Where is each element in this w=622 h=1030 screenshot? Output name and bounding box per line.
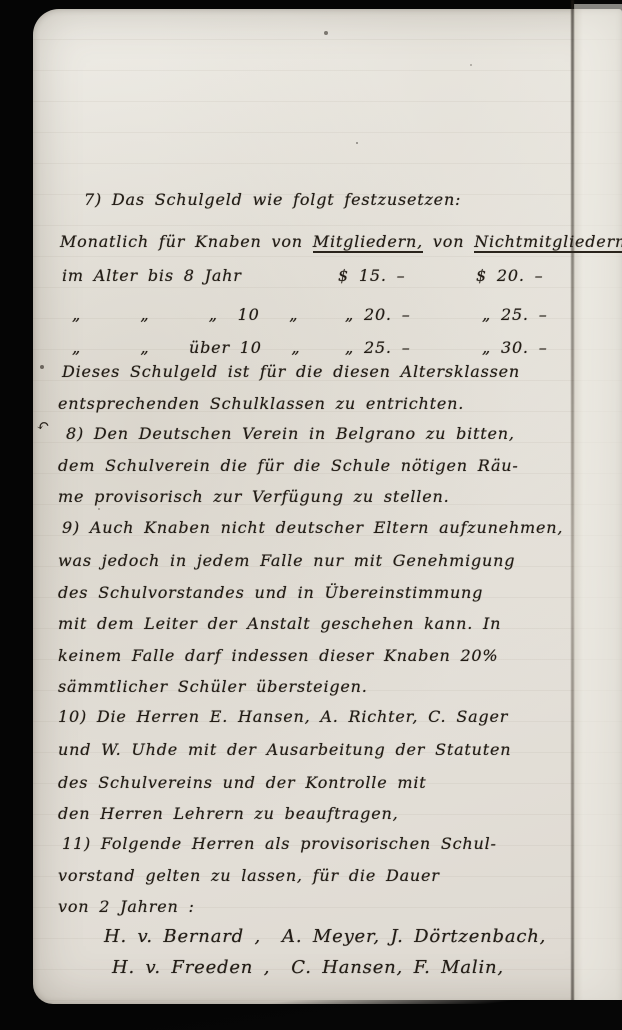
handwritten-line: Monatlich für Knaben von Mitgliedern, vo… bbox=[60, 232, 622, 251]
text-segment: „ „ „ 10 „ bbox=[72, 305, 298, 324]
handwritten-line: von 2 Jahren : bbox=[58, 897, 195, 916]
handwritten-line: „ „ über 10 „„ 25. –„ 30. – bbox=[72, 338, 301, 357]
text-segment: mit dem Leiter der Anstalt geschehen kan… bbox=[58, 614, 501, 633]
text-segment: des Schulvorstandes und in Übereinstimmu… bbox=[58, 583, 483, 602]
text-segment: vorstand gelten zu lassen, für die Dauer bbox=[58, 866, 440, 885]
text-segment: entsprechenden Schulklassen zu entrichte… bbox=[58, 394, 464, 413]
manuscript-text-block: 7) Das Schulgeld wie folgt festzusetzen:… bbox=[0, 0, 622, 1030]
handwritten-line: me provisorisch zur Verfügung zu stellen… bbox=[58, 487, 449, 506]
underlined-text-segment: Nichtmitgliedern bbox=[474, 232, 622, 253]
text-segment: $ 20. – bbox=[476, 266, 543, 285]
text-segment: „ „ über 10 „ bbox=[72, 338, 301, 357]
handwritten-line: sämmtlicher Schüler übersteigen. bbox=[58, 677, 368, 696]
text-segment: Monatlich für Knaben von bbox=[60, 232, 313, 251]
handwritten-line: H. v. Freeden , C. Hansen, F. Malin, bbox=[112, 957, 504, 978]
text-segment: me provisorisch zur Verfügung zu stellen… bbox=[58, 487, 449, 506]
text-segment: „ 20. – bbox=[345, 305, 411, 324]
text-segment: sämmtlicher Schüler übersteigen. bbox=[58, 677, 368, 696]
handwritten-line: 7) Das Schulgeld wie folgt festzusetzen: bbox=[84, 190, 461, 209]
handwritten-line: 11) Folgende Herren als provisorischen S… bbox=[62, 834, 497, 853]
text-segment: 7) Das Schulgeld wie folgt festzusetzen: bbox=[84, 190, 461, 209]
handwritten-line: mit dem Leiter der Anstalt geschehen kan… bbox=[58, 614, 501, 633]
text-segment: 8) Den Deutschen Verein in Belgrano zu b… bbox=[66, 424, 515, 443]
handwritten-line: keinem Falle darf indessen dieser Knaben… bbox=[58, 646, 498, 665]
text-segment: 11) Folgende Herren als provisorischen S… bbox=[62, 834, 497, 853]
underlined-text-segment: Mitgliedern, bbox=[313, 232, 423, 253]
handwritten-line: 9) Auch Knaben nicht deutscher Eltern au… bbox=[62, 518, 563, 537]
text-segment: „ 25. – bbox=[345, 338, 411, 357]
text-segment: den Herren Lehrern zu beauftragen, bbox=[58, 804, 398, 823]
text-segment: im Alter bis 8 Jahr bbox=[62, 266, 242, 285]
handwritten-line: vorstand gelten zu lassen, für die Dauer bbox=[58, 866, 440, 885]
handwritten-line: Dieses Schulgeld ist für die diesen Alte… bbox=[62, 362, 520, 381]
text-segment: des Schulvereins und der Kontrolle mit bbox=[58, 773, 426, 792]
text-segment: „ 25. – bbox=[482, 305, 548, 324]
text-segment: was jedoch in jedem Falle nur mit Genehm… bbox=[58, 551, 515, 570]
handwritten-line: des Schulvereins und der Kontrolle mit bbox=[58, 773, 426, 792]
text-segment: 9) Auch Knaben nicht deutscher Eltern au… bbox=[62, 518, 563, 537]
handwritten-line: 8) Den Deutschen Verein in Belgrano zu b… bbox=[66, 424, 515, 443]
paper-bottom-edge bbox=[0, 1000, 622, 1030]
handwritten-line: dem Schulverein die für die Schule nötig… bbox=[58, 456, 519, 475]
handwritten-line: „ „ „ 10 „„ 20. –„ 25. – bbox=[72, 305, 298, 324]
handwritten-line: den Herren Lehrern zu beauftragen, bbox=[58, 804, 398, 823]
text-segment: 10) Die Herren E. Hansen, A. Richter, C.… bbox=[58, 707, 508, 726]
text-segment: „ 30. – bbox=[482, 338, 548, 357]
text-segment: und W. Uhde mit der Ausarbeitung der Sta… bbox=[58, 740, 511, 759]
handwritten-line: und W. Uhde mit der Ausarbeitung der Sta… bbox=[58, 740, 511, 759]
handwritten-line: entsprechenden Schulklassen zu entrichte… bbox=[58, 394, 464, 413]
text-segment: keinem Falle darf indessen dieser Knaben… bbox=[58, 646, 498, 665]
handwritten-line: im Alter bis 8 Jahr$ 15. –$ 20. – bbox=[62, 266, 242, 285]
handwritten-line: was jedoch in jedem Falle nur mit Genehm… bbox=[58, 551, 515, 570]
text-segment: H. v. Bernard , A. Meyer, J. Dörtzenbach… bbox=[104, 926, 546, 947]
handwritten-line: H. v. Bernard , A. Meyer, J. Dörtzenbach… bbox=[104, 926, 546, 947]
text-segment: H. v. Freeden , C. Hansen, F. Malin, bbox=[112, 957, 504, 978]
text-segment: von 2 Jahren : bbox=[58, 897, 195, 916]
text-segment: $ 15. – bbox=[338, 266, 405, 285]
handwritten-line: des Schulvorstandes und in Übereinstimmu… bbox=[58, 583, 483, 602]
text-segment: dem Schulverein die für die Schule nötig… bbox=[58, 456, 519, 475]
text-segment: von bbox=[423, 232, 474, 251]
text-segment: Dieses Schulgeld ist für die diesen Alte… bbox=[62, 362, 520, 381]
handwritten-line: 10) Die Herren E. Hansen, A. Richter, C.… bbox=[58, 707, 508, 726]
scanned-page: ↶ 7) Das Schulgeld wie folgt festzusetze… bbox=[0, 0, 622, 1030]
